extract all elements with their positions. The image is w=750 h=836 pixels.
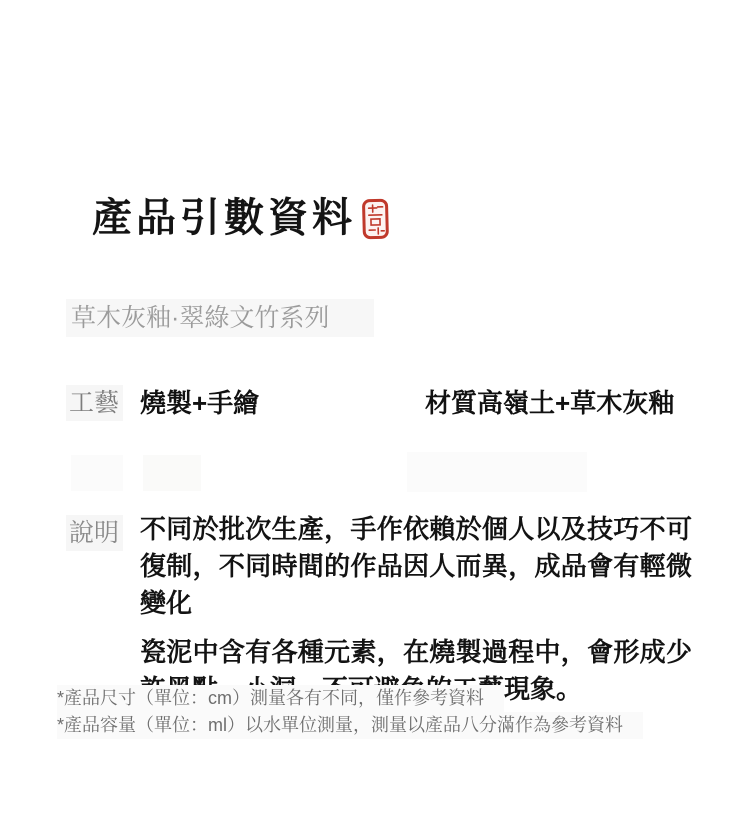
material-label: 材質 [425,388,477,418]
product-parameter-panel: 產品引數資料 草木灰釉·翠綠文竹系列 工藝 燒製+手繪 材質高嶺土 [0,0,750,836]
faded-spec-placeholder [143,455,201,491]
description-label: 說明 [66,515,123,551]
red-seal-stamp-icon [361,198,389,246]
description-paragraph-1: 不同於批次生產，手作依賴於個人以及技巧不可復制，不同時間的作品因人而異，成品會有… [140,511,692,622]
series-name: 草木灰釉·翠綠文竹系列 [66,299,374,337]
description-block: 不同於批次生產，手作依賴於個人以及技巧不可復制，不同時間的作品因人而異，成品會有… [140,511,692,708]
craft-value: 燒製+手繪 [140,385,259,421]
footnote-capacity: *產品容量（單位：ml）以水單位測量，測量以產品八分滿作為參考資料 [57,712,643,739]
title-row: 產品引數資料 [92,192,389,245]
footnotes: *產品尺寸（單位：cm）測量各有不同，僅作參考資料 *產品容量（單位：ml）以水… [57,685,643,739]
craft-label: 工藝 [66,385,123,421]
faded-spec-placeholder [71,455,123,491]
faded-spec-placeholder [407,452,587,492]
footnote-size: *產品尺寸（單位：cm）測量各有不同，僅作參考資料 [57,685,504,712]
spec-row: 工藝 燒製+手繪 材質高嶺土+草木灰釉 [0,385,750,423]
material-spec: 材質高嶺土+草木灰釉 [425,385,674,421]
material-value: 高嶺土+草木灰釉 [477,388,674,418]
page-title: 產品引數資料 [92,192,356,244]
